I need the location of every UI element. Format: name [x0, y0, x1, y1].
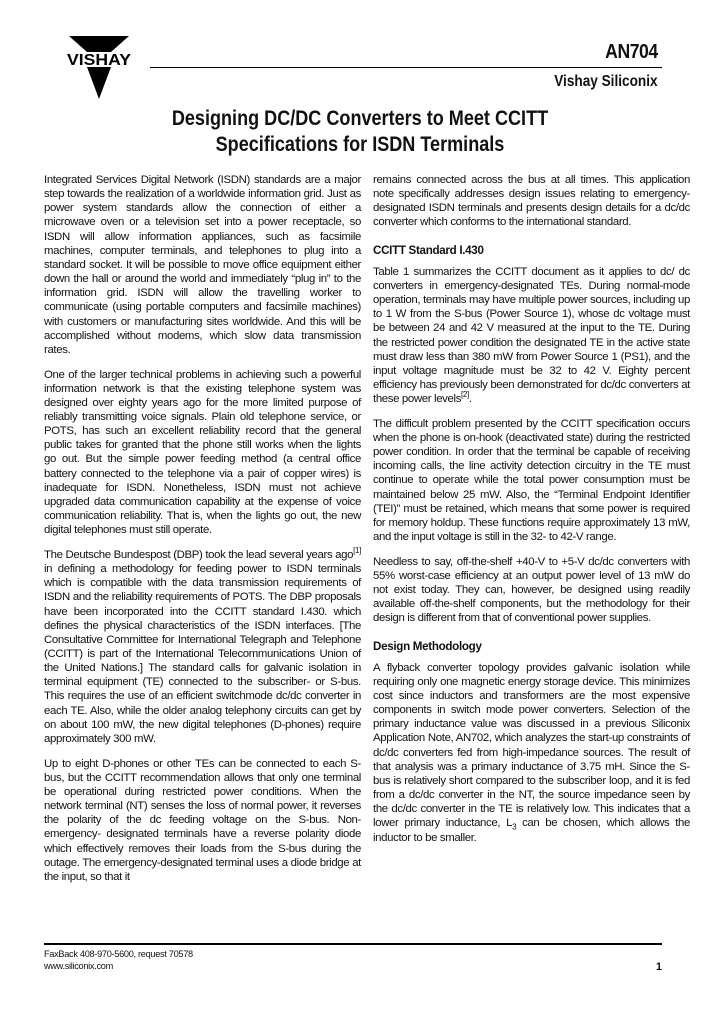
reference-2: [2] — [461, 390, 469, 399]
svg-text:VISHAY: VISHAY — [67, 52, 132, 69]
title-line-1: Designing DC/DC Converters to Meet CCITT — [50, 106, 669, 132]
section-heading-design: Design Methodology — [373, 640, 690, 654]
section-heading-ccitt: CCITT Standard I.430 — [373, 244, 690, 258]
paragraph-sbus: Up to eight D-phones or other TEs can be… — [44, 757, 361, 884]
paragraph-flyback: A flyback converter topology provides ga… — [373, 661, 690, 845]
company-name: Vishay Siliconix — [555, 73, 658, 91]
paragraph-table-summary: Table 1 summarizes the CCITT document as… — [373, 265, 690, 407]
header-divider — [150, 67, 662, 68]
document-title: Designing DC/DC Converters to Meet CCITT… — [50, 106, 669, 158]
paragraph-dbp: The Deutsche Bundespost (DBP) took the l… — [44, 548, 361, 746]
reference-1: [1] — [353, 546, 361, 555]
paragraph-difficult-problem: The difficult problem presented by the C… — [373, 417, 690, 544]
footer-faxback: FaxBack 408-970-5600, request 70578 — [44, 949, 193, 959]
paragraph-continuation: remains connected across the bus at all … — [373, 173, 690, 230]
page-number: 1 — [656, 961, 662, 973]
right-column: remains connected across the bus at all … — [373, 173, 690, 855]
title-line-2: Specifications for ISDN Terminals — [50, 132, 669, 158]
left-column: Integrated Services Digital Network (ISD… — [44, 173, 361, 895]
paragraph-problem: One of the larger technical problems in … — [44, 368, 361, 538]
footer-divider — [44, 943, 662, 945]
document-id: AN704 — [605, 41, 658, 64]
paragraph-intro: Integrated Services Digital Network (ISD… — [44, 173, 361, 357]
footer-website: www.siliconix.com — [44, 961, 113, 971]
paragraph-off-the-shelf: Needless to say, off-the-shelf +40-V to … — [373, 555, 690, 626]
